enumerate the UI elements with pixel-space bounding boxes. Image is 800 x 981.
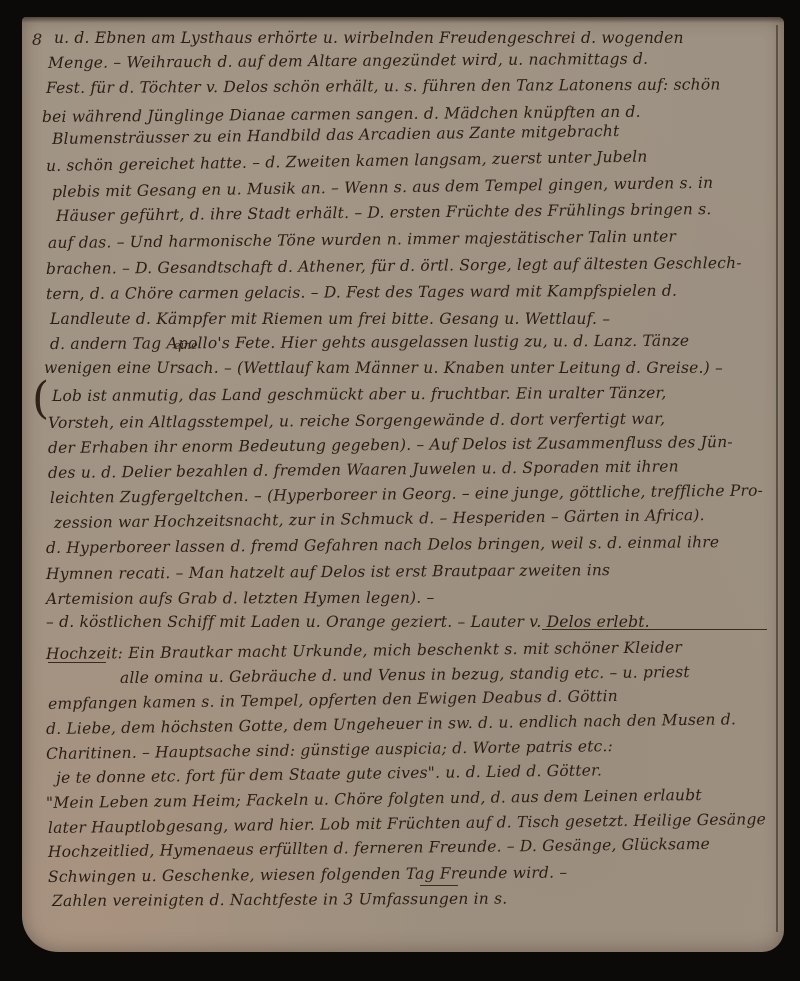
manuscript-line: Vorsteh, ein Altlagsstempel, u. reiche S… <box>48 410 665 432</box>
section-divider <box>542 629 767 630</box>
manuscript-line: Menge. – Weihrauch d. auf dem Altare ang… <box>48 50 648 72</box>
manuscript-line: Hymnen recati. – Man hatzelt auf Delos i… <box>46 561 610 583</box>
manuscript-line: u. schön gereichet hatte. – d. Zweiten k… <box>46 148 648 175</box>
manuscript-line: tern, d. a Chöre carmen gelacis. – D. Fe… <box>46 282 677 303</box>
manuscript-line: Schwingen u. Geschenke, wiesen folgenden… <box>48 863 567 886</box>
manuscript-line: empfangen kamen s. in Tempel, opferten d… <box>48 687 618 713</box>
manuscript-line: Hochzeitlied, Hymenaeus erfüllten d. fer… <box>48 835 710 861</box>
manuscript-line: Fest. für d. Töchter v. Delos schön erhä… <box>46 75 721 97</box>
manuscript-line: u. d. Ebnen am Lysthaus erhörte u. wirbe… <box>54 29 684 47</box>
manuscript-line: je te donne etc. fort für dem Staate gut… <box>56 761 602 787</box>
manuscript-line: alle omina u. Gebräuche d. und Venus in … <box>120 663 690 687</box>
manuscript-line: d. Liebe, dem höchsten Gotte, dem Ungehe… <box>46 710 736 738</box>
manuscript-line: brachen. – D. Gesandtschaft d. Athener, … <box>46 254 742 278</box>
manuscript-line: Häuser geführt, d. ihre Stadt erhält. – … <box>56 200 712 225</box>
manuscript-line: wenigen eine Ursach. – (Wettlauf kam Män… <box>44 359 723 377</box>
manuscript-line: plebis mit Gesang en u. Musik an. – Wenn… <box>52 174 714 201</box>
manuscript-line: leichten Zugfergeltchen. – (Hyperboreer … <box>50 482 763 507</box>
manuscript-page: 8 u. d. Ebnen am Lysthaus erhörte u. wir… <box>22 17 784 952</box>
manuscript-line: Lob ist anmutig, das Land geschmückt abe… <box>52 384 667 405</box>
manuscript-line: zession war Hochzeitsnacht, zur in Schmu… <box>54 506 705 532</box>
manuscript-line: Landleute d. Kämpfer mit Riemen um frei … <box>50 310 610 328</box>
manuscript-line: Hochzeit: Ein Brautkar macht Urkunde, mi… <box>46 638 682 663</box>
manuscript-line: des u. d. Delier bezahlen d. fremden Waa… <box>48 457 679 482</box>
page-number: 8 <box>32 30 42 49</box>
interlinear-note: eine <box>174 339 198 352</box>
manuscript-line: Zahlen vereinigten d. Nachtfeste in 3 Um… <box>52 890 507 910</box>
opening-bracket: ( <box>32 373 49 424</box>
manuscript-line: Blumensträusser zu ein Handbild das Arca… <box>52 122 620 148</box>
manuscript-line: later Hauptlobgesang, ward hier. Lob mit… <box>48 810 766 837</box>
manuscript-line: der Erhaben ihr enorm Bedeutung gegeben)… <box>48 433 733 457</box>
manuscript-line: Artemision aufs Grab d. letzten Hymen le… <box>46 589 435 608</box>
manuscript-line: d. Hyperboreer lassen d. fremd Gefahren … <box>46 533 719 557</box>
underline-hochzeit <box>48 662 106 663</box>
manuscript-line: auf das. – Und harmonische Töne wurden n… <box>48 227 676 252</box>
closing-dash <box>420 885 458 886</box>
manuscript-line: d. andern Tag Apollo's Fete. Hier gehts … <box>50 332 689 353</box>
manuscript-line: Charitinen. – Hauptsache sind: günstige … <box>46 737 613 763</box>
manuscript-line: "Mein Leben zum Heim; Fackeln u. Chöre f… <box>46 786 702 812</box>
viewer-frame: 8 u. d. Ebnen am Lysthaus erhörte u. wir… <box>0 0 800 981</box>
